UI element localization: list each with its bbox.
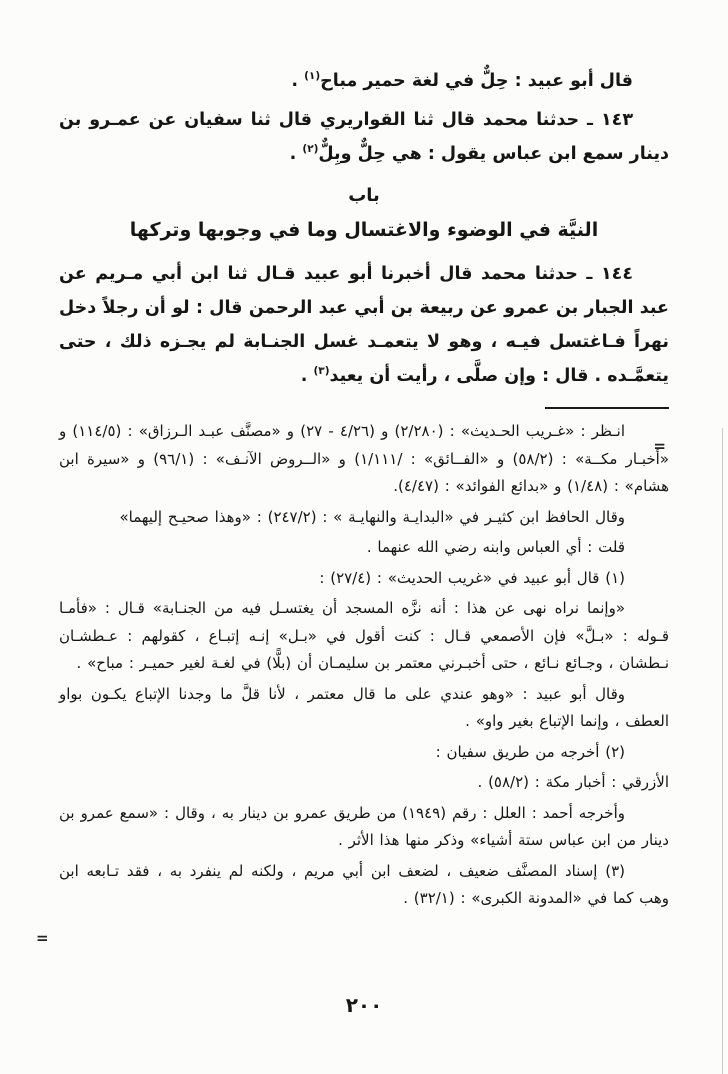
footnote-1-quote: «وإنما نراه نهى عن هذا : أنه نزَّه المسج… (59, 595, 669, 678)
footnote-ref-1: (١) (304, 70, 320, 82)
paragraph-text: قال أبو عبيد : حِلٌّ في لغة حمير مباح (320, 71, 633, 91)
footnote-2: (٢) أخرجه من طريق سفيان : (59, 739, 669, 767)
footnote-ref-2: (٢) (302, 143, 318, 155)
footnotes-section: انـظر : «غـريب الحـديث» : ⁦(٢/٢٨٠)⁩ و ⁦(… (59, 418, 669, 913)
footnote-sources-continuation: انـظر : «غـريب الحـديث» : ⁦(٢/٢٨٠)⁩ و ⁦(… (59, 418, 669, 501)
chapter-bab-heading: باب (59, 181, 669, 211)
book-page: قال أبو عبيد : حِلٌّ في لغة حمير مباح(١)… (0, 0, 728, 1074)
footnote-2-ahmad: وأخرجه أحمد : العلل : رقم ⁦(١٩٤٩)⁩ من طر… (59, 800, 669, 855)
paragraph-hadith-144: ١٤٤ ـ حدثنا محمد قال أخبرنا أبو عبيد قـا… (59, 257, 669, 393)
paragraph-tail: . (290, 144, 303, 164)
continuation-marker-top: = (653, 437, 666, 455)
footnote-1: (١) قال أبو عبيد في «غريب الحديث» : ⁦(٢٧… (59, 565, 669, 593)
paragraph-hadith-143: ١٤٣ ـ حدثنا محمد قال ثنا القواريري قال ث… (59, 103, 669, 171)
scan-edge-artifact (722, 428, 723, 1074)
paragraph-text: ١٤٣ ـ حدثنا محمد قال ثنا القواريري قال ث… (59, 110, 669, 164)
chapter-title: النيَّة في الوضوء والاغتسال وما في وجوبه… (59, 213, 669, 247)
paragraph-abu-ubayd: قال أبو عبيد : حِلٌّ في لغة حمير مباح(١)… (59, 64, 669, 98)
paragraph-tail: . (301, 366, 314, 386)
page-number: ٢٠٠ (0, 993, 728, 1017)
footnote-qultu: قلت : أي العباس وابنه رضي الله عنهما . (59, 534, 669, 562)
footnote-ibn-kathir: وقال الحافظ ابن كثيـر في «البدايـة والنه… (59, 504, 669, 532)
footnote-1-abu-ubayd-comment: وقال أبو عبيد : «وهو عندي على ما قال معت… (59, 681, 669, 736)
paragraph-text: ١٤٤ ـ حدثنا محمد قال أخبرنا أبو عبيد قـا… (59, 264, 669, 386)
footnote-2-azraqi: الأزرقي : أخبار مكة : ⁦(٥٨/٢)⁩ . (59, 769, 669, 797)
continuation-marker-bottom: = (36, 929, 49, 947)
footnote-separator (545, 407, 669, 409)
footnote-ref-3: (٣) (313, 365, 329, 377)
footnote-3: (٣) إسناد المصنَّف ضعيف ، لضعف ابن أبي م… (59, 858, 669, 913)
paragraph-tail: . (291, 71, 304, 91)
page-content: قال أبو عبيد : حِلٌّ في لغة حمير مباح(١)… (59, 64, 669, 916)
